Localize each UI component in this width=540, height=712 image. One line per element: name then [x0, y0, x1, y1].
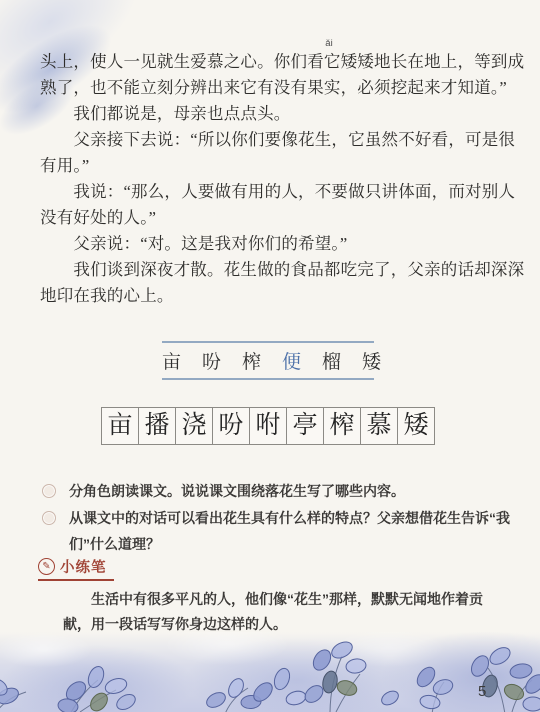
question-item: 分角色朗读课文。说说课文围绕落花生写了哪些内容。	[40, 478, 518, 505]
divider-line	[162, 341, 374, 343]
body-line: 有用。”	[40, 153, 526, 179]
question-line: 从课文中的对话可以看出花生具有什么样的特点？父亲想借花生告诉“我	[69, 505, 510, 532]
practice-title: 小练笔	[60, 556, 107, 577]
practice-text: 生活中有很多平凡的人，他们像“花生”那样，默默无闻地作着贡 献，用一段话写写你身…	[63, 587, 518, 638]
body-line: 头上，使人一见就生爱慕之心。你们看它矮矮地长在地上，等到成	[40, 49, 526, 75]
divider-line	[162, 378, 374, 380]
body-line: 我们谈到深夜才散。花生做的食品都吃完了，父亲的话却深深	[40, 257, 526, 283]
body-line: 我说：“那么，人要做有用的人，不要做只讲体面，而对别人	[40, 179, 526, 205]
exercise-questions: 分角色朗读课文。说说课文围绕落花生写了哪些内容。 从课文中的对话可以看出花生具有…	[40, 478, 518, 558]
character-box: 慕	[360, 407, 398, 445]
question-bullet-icon	[42, 511, 56, 525]
body-line: 我们都说是，母亲也点点头。	[40, 101, 526, 127]
practice-header: ✎ 小练笔	[38, 556, 518, 576]
practice-title-underline	[38, 579, 114, 581]
pen-icon: ✎	[38, 558, 55, 575]
recognize-char-highlight: 便	[282, 352, 302, 373]
character-box: 榨	[323, 407, 361, 445]
body-line: 地印在我的心上。	[40, 283, 526, 309]
recognize-chars-right: 榴 矮	[302, 352, 382, 373]
character-box: 亭	[286, 407, 324, 445]
textbook-page: ǎi 头上，使人一见就生爱慕之心。你们看它矮矮地长在地上，等到成 熟了，也不能立…	[0, 0, 540, 712]
character-box: 吩	[212, 407, 250, 445]
question-text: 分角色朗读课文。说说课文围绕落花生写了哪些内容。	[69, 478, 405, 505]
body-line: 熟了，也不能立刻分辨出来它有没有果实，必须挖起来才知道。”	[40, 75, 526, 101]
body-line: 父亲说：“对。这是我对你们的希望。”	[40, 231, 526, 257]
character-box: 咐	[249, 407, 287, 445]
watercolor-wash-bottom	[0, 632, 540, 712]
mini-writing-practice-section: ✎ 小练笔 生活中有很多平凡的人，他们像“花生”那样，默默无闻地作着贡 献，用一…	[38, 556, 518, 638]
body-line: 父亲接下去说：“所以你们要像花生，它虽然不好看，可是很	[40, 127, 526, 153]
recognize-chars-left: 亩 吩 榨	[162, 352, 282, 373]
question-line: 分角色朗读课文。说说课文围绕落花生写了哪些内容。	[69, 478, 405, 505]
question-text: 从课文中的对话可以看出花生具有什么样的特点？父亲想借花生告诉“我 们”什么道理？	[69, 505, 510, 558]
lesson-body-text: 头上，使人一见就生爱慕之心。你们看它矮矮地长在地上，等到成 熟了，也不能立刻分辨…	[40, 49, 526, 309]
question-bullet-icon	[42, 484, 56, 498]
practice-line: 生活中有很多平凡的人，他们像“花生”那样，默默无闻地作着贡	[63, 587, 518, 613]
pinyin-annotation: ǎi	[316, 38, 342, 49]
character-box: 亩	[101, 407, 139, 445]
page-number: 5	[478, 683, 486, 700]
recognize-characters-row: 亩 吩 榨 便 榴 矮	[162, 347, 374, 374]
question-item: 从课文中的对话可以看出花生具有什么样的特点？父亲想借花生告诉“我 们”什么道理？	[40, 505, 518, 558]
character-box: 矮	[397, 407, 435, 445]
character-box: 播	[138, 407, 176, 445]
characters-to-write: 亩 播 浇 吩 咐 亭 榨 慕 矮	[101, 407, 434, 445]
question-line: 们”什么道理？	[69, 531, 510, 558]
practice-line: 献，用一段话写写你身边这样的人。	[63, 612, 518, 638]
body-line: 没有好处的人。”	[40, 205, 526, 231]
characters-to-recognize: 亩 吩 榨 便 榴 矮	[162, 341, 374, 381]
character-box: 浇	[175, 407, 213, 445]
